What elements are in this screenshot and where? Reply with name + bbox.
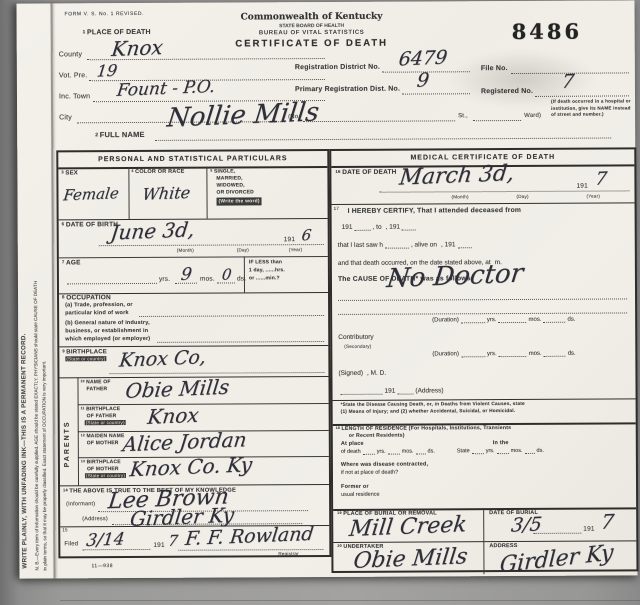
father-birthplace-value: Knox	[146, 403, 200, 429]
mother-birthplace-label-2: OF MOTHER	[87, 466, 119, 472]
color-label: 4COLOR OR RACE	[131, 169, 184, 175]
header-bureau: BUREAU OF VITAL STATISTICS	[207, 30, 417, 37]
date-of-birth-row: 6DATE OF BIRTH June 3d, 191 6 (Month) (D…	[59, 218, 328, 258]
residence-in-the-label: In the	[493, 440, 509, 446]
filed-date-value: 3/14	[85, 529, 126, 551]
residence-former-1: Former or	[341, 484, 369, 490]
secondary-label: (Secondary)	[344, 344, 371, 349]
occupation-b1: (b) General nature of industry,	[65, 320, 150, 326]
cause-of-death-value: No Doctor	[385, 259, 525, 295]
certificate-header: Commonwealth of Kentucky STATE BOARD OF …	[207, 12, 417, 50]
certificate-page: WRITE PLAINLY, WITH UNFADING INK—THIS IS…	[16, 0, 637, 578]
precinct-value: 19	[96, 61, 119, 81]
dotted-line	[388, 452, 400, 455]
registrar-signature: F. F. Rowland	[184, 523, 315, 550]
burial-year-printed: 191	[583, 526, 594, 533]
footnote-divider	[333, 398, 636, 401]
stamp-certificate-number: 8486	[512, 19, 583, 44]
father-birthplace-row: 11BIRTHPLACE OF FATHER (State or country…	[78, 403, 329, 432]
mother-name-value: Alice Jordan	[121, 427, 248, 456]
filed-year-printed: 191	[153, 542, 164, 549]
filed-date-line	[82, 549, 150, 550]
undertaker-address-label: ADDRESS	[489, 543, 517, 549]
date-of-birth-label: 6DATE OF BIRTH	[62, 221, 119, 228]
header-board: STATE BOARD OF HEALTH	[207, 23, 417, 30]
margin-instruction-title: WRITE PLAINLY, WITH UNFADING INK—THIS IS…	[19, 24, 29, 569]
mother-birthplace-row: 13BIRTHPLACE OF MOTHER (State or country…	[78, 456, 329, 485]
marital-label-2: MARRIED,	[216, 175, 242, 181]
full-name-label: 2FULL NAME	[95, 130, 145, 139]
death-year-sublabel: (Year)	[587, 194, 601, 199]
county-label: County	[59, 51, 82, 58]
birthplace-value: Knox Co,	[118, 346, 207, 372]
mother-birthplace-label: 13BIRTHPLACE	[81, 459, 121, 465]
page-crease	[50, 3, 55, 578]
city-no-line	[303, 120, 455, 122]
registered-no-label: Registered No.	[481, 88, 533, 95]
cause-footnote-1: *State the Disease Causing Death, or, in…	[341, 402, 525, 408]
registration-district-value: 6479	[398, 46, 449, 70]
residence-values-line: of deathyrs.mos.ds.Stateyrs.mos.ds.	[341, 447, 628, 455]
parents-vertical-label: PARENTS	[64, 395, 71, 467]
town-label: Inc. Town	[59, 93, 90, 100]
death-month-sublabel: (Month)	[452, 194, 469, 199]
informant-address-label: (Address)	[82, 516, 108, 522]
dotted-line	[457, 245, 471, 248]
city-label: City	[59, 114, 72, 121]
dotted-line	[341, 392, 383, 395]
certify-num: 17	[334, 206, 340, 211]
age-yrs-label: yrs.	[159, 276, 170, 283]
primary-district-label: Primary Registration Dist. No.	[295, 86, 400, 94]
residence-contracted-1: Where was disease contracted,	[341, 461, 428, 467]
signed-line: (Signed), M. D.	[338, 368, 627, 377]
undertaker-row: 20UNDERTAKER Obie Mills ADDRESS Girdler …	[333, 540, 636, 575]
marital-label-4: OR DIVORCED	[216, 189, 254, 195]
dotted-line	[363, 452, 375, 455]
color-cell: 4COLOR OR RACE White	[128, 167, 207, 219]
header-title: CERTIFICATE OF DEATH	[207, 38, 417, 50]
father-name-row: 10NAME OF FATHER Obie Mills	[77, 376, 328, 405]
dotted-line	[544, 354, 566, 357]
father-birthplace-label: 11BIRTHPLACE	[81, 406, 121, 412]
town-value: Fount - P.O.	[116, 77, 216, 101]
registrar-label: Registrar	[278, 551, 298, 556]
residence-at-place-label: At place	[341, 441, 364, 447]
father-birthplace-label-2: OF FATHER	[87, 413, 117, 419]
dotted-line	[402, 228, 416, 231]
scanned-death-certificate: WRITE PLAINLY, WITH UNFADING INK—THIS IS…	[0, 0, 640, 605]
occupation-label: 8OCCUPATION	[62, 294, 111, 301]
sex-cell: 3SEX Female	[58, 167, 129, 219]
undertaker-value: Obie Mills	[352, 544, 469, 574]
primary-district-value: 9	[416, 69, 431, 92]
form-number: FORM V. S. No. 1 REVISED.	[65, 11, 145, 17]
father-name-label-2: FATHER	[87, 386, 108, 392]
age-row: 7AGE yrs. 9 mos. 0 ds. IF LESS than 1 da…	[59, 256, 328, 294]
date-of-death-line	[379, 190, 629, 192]
age-mos-label: mos.	[200, 276, 215, 283]
dotted-line	[499, 354, 527, 357]
age-less-note-3: or ......min.?	[249, 275, 280, 281]
city-ward-label: Ward)	[524, 113, 541, 119]
dotted-line	[385, 246, 409, 249]
burial-year-digit: 7	[600, 509, 616, 534]
registration-district-label: Registration District No.	[295, 64, 380, 71]
age-days-value: 0	[221, 265, 233, 283]
residence-former-2: usual residence	[341, 490, 628, 498]
date-of-birth-value: June 3d,	[109, 217, 196, 244]
dotted-line	[499, 320, 527, 323]
occupation-a-line	[139, 315, 324, 317]
cause-line-2	[338, 312, 627, 315]
undertaker-cell-divider	[483, 541, 484, 574]
sex-label: 3SEX	[61, 169, 78, 176]
dotted-line	[472, 451, 484, 454]
certify-line1: I HEREBY CERTIFY, That I attended deceas…	[348, 207, 522, 215]
mother-birthplace-note: (State or country)	[85, 473, 126, 478]
certification-block: 17 I HEREBY CERTIFY, That I attended dec…	[332, 202, 636, 426]
marital-write-word-note: (Write the word)	[217, 197, 262, 205]
margin-instruction-note2: in plain terms, so that it may be proper…	[40, 18, 48, 570]
sex-value: Female	[62, 184, 119, 204]
contributory-line: Contributory	[338, 332, 627, 341]
residence-block: 18LENGTH OF RESIDENCE (For Hospitals, In…	[333, 422, 636, 511]
personal-section: PERSONAL AND STATISTICAL PARTICULARS 3SE…	[56, 149, 331, 558]
residence-label-1: 18LENGTH OF RESIDENCE (For Hospitals, In…	[336, 425, 511, 432]
informant-row: 14THE ABOVE IS TRUE TO THE BEST OF MY KN…	[60, 484, 329, 527]
marital-cell: 5SINGLE, MARRIED, WIDOWED, OR DIVORCED (…	[206, 166, 327, 219]
birth-month-sublabel: (Month)	[177, 248, 194, 253]
filed-row: 15 Filed 3/14 191 7 F. F. Rowland Regist…	[60, 525, 329, 560]
age-label: 7AGE	[62, 259, 81, 266]
file-no-label: File No.	[481, 65, 508, 72]
occupation-b2: business, or establishment in	[65, 328, 148, 334]
age-cell-divider	[244, 256, 245, 292]
full-name-value: Nollie Mills	[165, 97, 320, 133]
death-year-digit: 7	[594, 168, 608, 190]
cause-line-1	[338, 298, 627, 301]
birthplace-row: 9BIRTHPLACE (State or country) Knox Co,	[59, 345, 328, 378]
date-of-death-row: 16DATE OF DEATH March 3d, 191 7 (Month) …	[331, 164, 634, 205]
burial-row: 19PLACE OF BURIAL OR REMOVAL Mill Creek …	[333, 507, 636, 543]
residence-label-2: or Recent Residents)	[349, 433, 405, 439]
occupation-a2: particular kind of work	[65, 310, 129, 316]
color-value: White	[141, 183, 191, 204]
mother-name-label-2: OF MOTHER	[87, 440, 119, 446]
birth-year-digit: 6	[301, 226, 313, 244]
burial-date-line	[533, 533, 581, 534]
father-name-value: Obie Mills	[124, 375, 230, 403]
hospital-note: (If death occurred in a hospital or inst…	[551, 98, 631, 118]
dotted-line	[416, 451, 426, 454]
registrar-line	[178, 549, 323, 551]
birthplace-note: (State or country)	[65, 356, 106, 361]
medical-section: MEDICAL CERTIFICATE OF DEATH 16DATE OF D…	[329, 147, 638, 573]
dotted-line	[461, 354, 485, 357]
residence-contracted-2: if not at place of death?	[341, 468, 628, 476]
duration-line: (Duration)yrs.mos.ds.	[432, 316, 627, 323]
dotted-line	[544, 320, 566, 323]
informant-label: (Informant)	[66, 501, 95, 507]
certify-line3: that I last saw h, alive on, 191	[338, 240, 627, 249]
birth-day-sublabel: (Day)	[237, 247, 249, 252]
marital-label-3: WIDOWED,	[216, 182, 244, 188]
death-year-printed: 191	[576, 183, 587, 190]
date-of-death-value: March 3d,	[398, 161, 516, 191]
filed-num: 15	[62, 527, 68, 532]
age-yrs-line	[67, 283, 157, 284]
full-name-line	[155, 138, 611, 141]
form-code: 11—938	[91, 563, 113, 569]
birth-year-sublabel: (Year)	[289, 247, 303, 252]
signed-date-line: 191(Address)	[339, 386, 628, 395]
certify-line2: 191, to, 191	[338, 222, 627, 231]
marital-label-1: 5SINGLE,	[210, 168, 235, 174]
filed-label: Filed	[64, 541, 78, 547]
occupation-b-line	[157, 341, 324, 343]
age-less-note-1: IF LESS than	[249, 259, 282, 265]
mother-name-label: 12MAIDEN NAME	[81, 433, 125, 439]
dotted-line	[355, 228, 371, 231]
dotted-line	[461, 320, 485, 323]
birth-year-printed: 191	[284, 236, 295, 243]
burial-place-value: Mill Creek	[348, 512, 468, 542]
parents-strip: PARENTS	[59, 377, 79, 485]
occupation-a1: (a) Trade, profession, or	[65, 302, 133, 308]
date-of-birth-line	[99, 244, 324, 246]
father-name-label: 10NAME OF	[80, 379, 110, 385]
date-of-death-label: 16DATE OF DEATH	[335, 169, 396, 176]
city-st-line	[473, 120, 521, 121]
burial-cell-divider	[483, 508, 484, 541]
dotted-line	[525, 451, 535, 454]
age-less-note-2: 1 day, ......hrs.	[249, 267, 285, 273]
occupation-b3: which employed (or employer)	[65, 336, 150, 342]
death-day-sublabel: (Day)	[517, 194, 529, 199]
city-st-label: St.,	[458, 113, 468, 119]
county-value: Knox	[110, 35, 164, 61]
age-months-value: 9	[180, 264, 193, 285]
sex-color-marital-row: 3SEX Female 4COLOR OR RACE White 5SINGLE…	[58, 166, 327, 220]
father-birthplace-note: (State or country)	[85, 420, 126, 425]
birthplace-label: 9BIRTHPLACE	[62, 348, 107, 355]
margin-instruction-note1: N. B.—Every item of information should b…	[32, 19, 40, 571]
parents-block: PARENTS 10NAME OF FATHER Obie Mills 11BI…	[59, 376, 329, 486]
dotted-line	[397, 392, 413, 395]
dotted-line	[497, 451, 509, 454]
header-commonwealth: Commonwealth of Kentucky	[207, 12, 417, 23]
mother-birthplace-value: Knox Co. Ky	[129, 452, 254, 481]
occupation-row: 8OCCUPATION (a) Trade, profession, or pa…	[59, 292, 328, 347]
cause-footnote-2: (1) Means of Injury; and (2) whether Acc…	[341, 409, 516, 415]
filed-year-digit: 7	[167, 532, 179, 550]
precinct-label: Vot. Pre.	[59, 72, 88, 79]
birthplace-line	[109, 372, 324, 374]
duration-line-2: (Duration)yrs.mos.ds.	[432, 350, 627, 357]
